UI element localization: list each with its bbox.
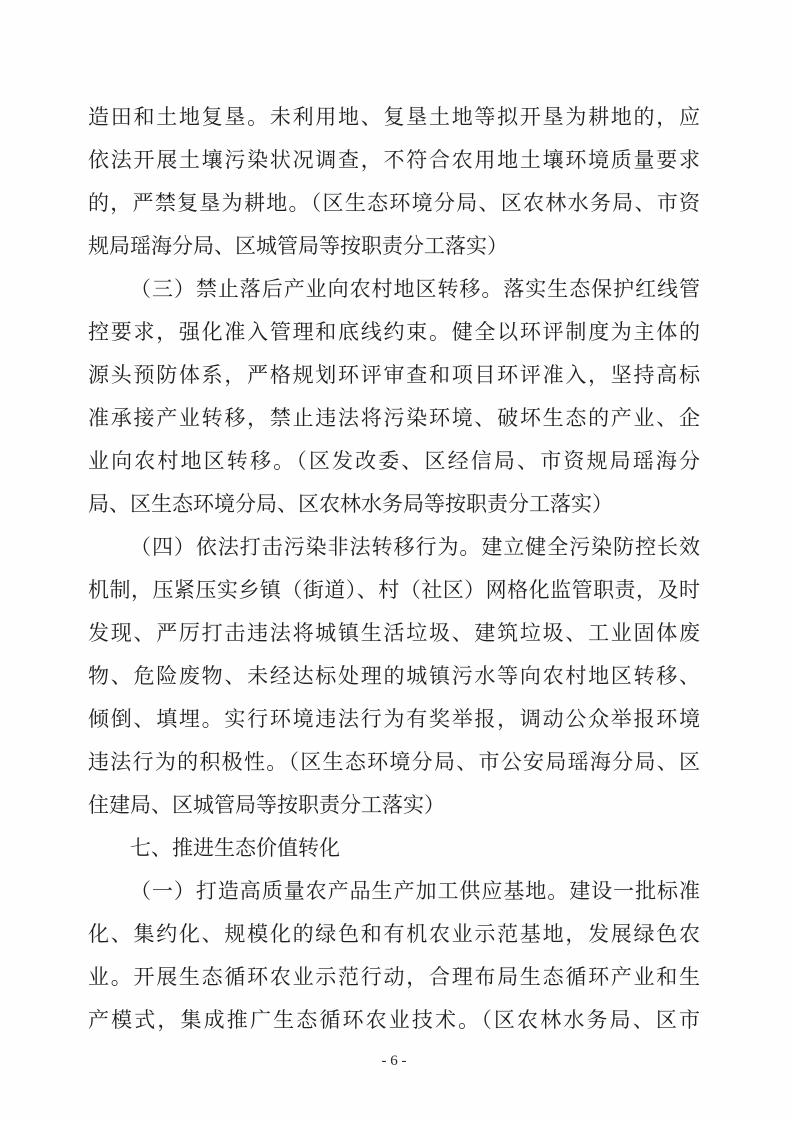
page-number: - 6 - [88,1050,700,1072]
text-line: 源头预防体系，严格规划环评审查和项目环评准入，坚持高标 [88,354,700,397]
text-line: 准承接产业转移，禁止违法将污染环境、破坏生态的产业、企 [88,397,700,440]
paragraph-item-3-prohibit-industry-transfer: （三）禁止落后产业向农村地区转移。落实生态保护红线管 控要求，强化准入管理和底线… [88,268,700,526]
section-heading: 七、推进生态价值转化 [88,827,700,870]
text-line: 造田和土地复垦。未利用地、复垦土地等拟开垦为耕地的，应 [88,96,700,139]
text-line: 化、集约化、规模化的绿色和有机农业示范基地，发展绿色农 [88,913,700,956]
document-page: 造田和土地复垦。未利用地、复垦土地等拟开垦为耕地的，应 依法开展土壤污染状况调查… [0,0,793,1122]
text-line: 规局瑶海分局、区城管局等按职责分工落实） [88,225,700,268]
text-line: 业向农村地区转移。（区发改委、区经信局、市资规局瑶海分 [88,440,700,483]
text-line: 物、危险废物、未经达标处理的城镇污水等向农村地区转移、 [88,655,700,698]
text-line: 违法行为的积极性。（区生态环境分局、市公安局瑶海分局、区 [88,741,700,784]
section-7-heading-block: 七、推进生态价值转化 [88,827,700,870]
paragraph-item-4-crack-down-illegal-transfer: （四）依法打击污染非法转移行为。建立健全污染防控长效 机制，压紧压实乡镇（街道）… [88,526,700,827]
text-line: 住建局、区城管局等按职责分工落实） [88,784,700,827]
text-line: 业。开展生态循环农业示范行动，合理布局生态循环产业和生 [88,956,700,999]
text-line: （四）依法打击污染非法转移行为。建立健全污染防控长效 [88,526,700,569]
text-line: 产模式，集成推广生态循环农业技术。（区农林水务局、区市 [88,999,700,1042]
text-line: （三）禁止落后产业向农村地区转移。落实生态保护红线管 [88,268,700,311]
paragraph-item-1-agri-product-base: （一）打造高质量农产品生产加工供应基地。建设一批标准 化、集约化、规模化的绿色和… [88,870,700,1042]
text-line: 控要求，强化准入管理和底线约束。健全以环评制度为主体的 [88,311,700,354]
text-line: 机制，压紧压实乡镇（街道）、村（社区）网格化监管职责，及时 [88,569,700,612]
text-line: （一）打造高质量农产品生产加工供应基地。建设一批标准 [88,870,700,913]
text-line: 局、区生态环境分局、区农林水务局等按职责分工落实） [88,483,700,526]
paragraph-land-reclamation-continued: 造田和土地复垦。未利用地、复垦土地等拟开垦为耕地的，应 依法开展土壤污染状况调查… [88,96,700,268]
document-body: 造田和土地复垦。未利用地、复垦土地等拟开垦为耕地的，应 依法开展土壤污染状况调查… [88,96,700,1042]
text-line: 倾倒、填埋。实行环境违法行为有奖举报，调动公众举报环境 [88,698,700,741]
text-line: 依法开展土壤污染状况调查，不符合农用地土壤环境质量要求 [88,139,700,182]
text-line: 发现、严厉打击违法将城镇生活垃圾、建筑垃圾、工业固体废 [88,612,700,655]
text-line: 的，严禁复垦为耕地。（区生态环境分局、区农林水务局、市资 [88,182,700,225]
